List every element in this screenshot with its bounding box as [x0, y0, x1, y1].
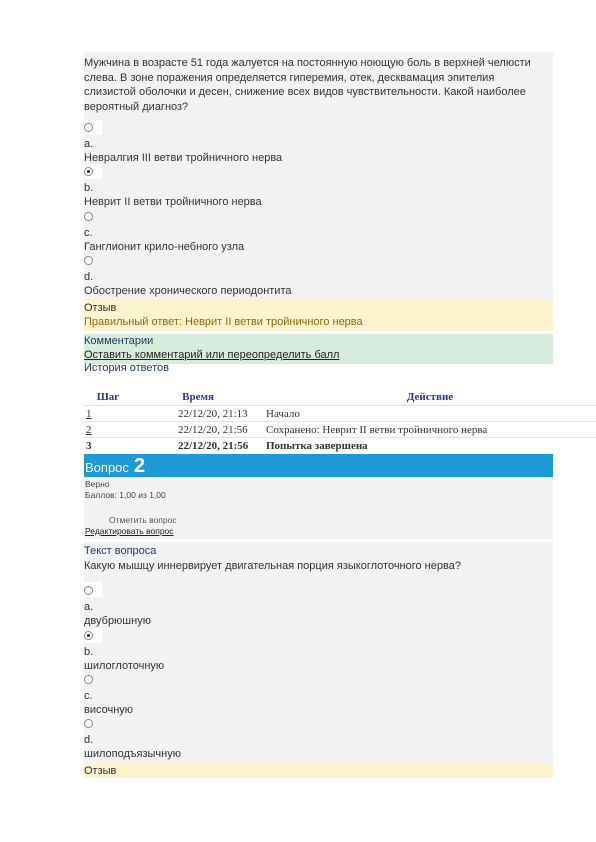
radio-option-c[interactable]: [84, 212, 93, 221]
option-b-letter: b.: [84, 182, 93, 194]
option-b-text: Неврит II ветви тройничного нерва: [84, 196, 262, 208]
feedback-title-2: Отзыв: [84, 765, 116, 777]
question-number: 2: [134, 455, 145, 478]
comments-title: Комментарии: [84, 335, 153, 347]
option-b-text: шилоглоточную: [84, 660, 164, 672]
col-step: Шаг: [84, 389, 132, 406]
radio-option-b[interactable]: [84, 631, 93, 640]
right-answer: Правильный ответ: Неврит II ветви тройни…: [84, 316, 363, 328]
history-table: Шаг Время Действие 1 22/12/20, 21:13 Нач…: [84, 389, 596, 453]
radio-option-d[interactable]: [84, 719, 93, 728]
option-c-letter: c.: [84, 227, 93, 239]
table-row: 2 22/12/20, 21:56 Сохранено: Неврит II в…: [84, 422, 596, 438]
row-action: Начало: [264, 406, 596, 422]
option-b-letter: b.: [84, 646, 93, 658]
question-1-text: Мужчина в возрасте 51 года жалуется на п…: [84, 56, 549, 114]
radio-option-a[interactable]: [84, 586, 93, 595]
option-a-letter: a.: [84, 138, 93, 150]
feedback-box-2: Отзыв: [84, 764, 553, 778]
radio-option-a[interactable]: [84, 123, 93, 132]
option-a-letter: a.: [84, 601, 93, 613]
step-link[interactable]: 2: [86, 424, 92, 436]
option-c-letter: c.: [84, 690, 93, 702]
col-time: Время: [132, 389, 264, 406]
question-2-info: Верно Баллов: 1,00 из 1,00 Отметить вопр…: [84, 477, 553, 539]
row-action: Сохранено: Неврит II ветви тройничного н…: [264, 422, 596, 438]
question-1-content: Мужчина в возрасте 51 года жалуется на п…: [84, 52, 553, 300]
question-score: Баллов: 1,00 из 1,00: [85, 490, 166, 500]
edit-question-link[interactable]: Редактировать вопрос: [85, 526, 174, 536]
option-d-text: Обострение хронического периодонтита: [84, 285, 291, 297]
row-action: Попытка завершена: [264, 438, 596, 454]
history-title: История ответов: [84, 362, 169, 374]
radio-option-d[interactable]: [84, 256, 93, 265]
flag-question-button[interactable]: Отметить вопрос: [109, 515, 177, 525]
feedback-title: Отзыв: [84, 302, 116, 314]
question-status: Верно: [85, 479, 110, 489]
row-time: 22/12/20, 21:56: [132, 438, 264, 454]
option-d-text: шилоподъязычную: [84, 748, 181, 760]
question-2-header: Вопрос 2: [84, 454, 553, 477]
step-link[interactable]: 1: [86, 408, 92, 420]
row-step: 3: [84, 438, 132, 454]
radio-option-c[interactable]: [84, 675, 93, 684]
question-2-text: Какую мышцу иннервирует двигательная пор…: [84, 559, 549, 574]
feedback-box: Отзыв Правильный ответ: Неврит II ветви …: [84, 300, 553, 331]
option-a-text: Невралгия III ветви тройничного нерва: [84, 152, 282, 164]
comments-box: Комментарии Оставить комментарий или пер…: [84, 334, 553, 364]
question-label: Вопрос: [85, 460, 129, 475]
table-row: 1 22/12/20, 21:13 Начало: [84, 406, 596, 422]
option-c-text: височную: [84, 704, 133, 716]
question-text-heading: Текст вопроса: [84, 545, 156, 557]
question-2-content: Текст вопроса Какую мышцу иннервирует дв…: [84, 542, 553, 764]
option-a-text: двубрюшную: [84, 615, 151, 627]
option-d-letter: d.: [84, 271, 93, 283]
table-row: 3 22/12/20, 21:56 Попытка завершена: [84, 438, 596, 454]
option-d-letter: d.: [84, 734, 93, 746]
row-time: 22/12/20, 21:56: [132, 422, 264, 438]
row-time: 22/12/20, 21:13: [132, 406, 264, 422]
radio-option-b[interactable]: [84, 167, 93, 176]
comment-link[interactable]: Оставить комментарий или переопределить …: [84, 349, 339, 361]
option-c-text: Ганглионит крило-небного узла: [84, 241, 244, 253]
col-action: Действие: [264, 389, 596, 406]
